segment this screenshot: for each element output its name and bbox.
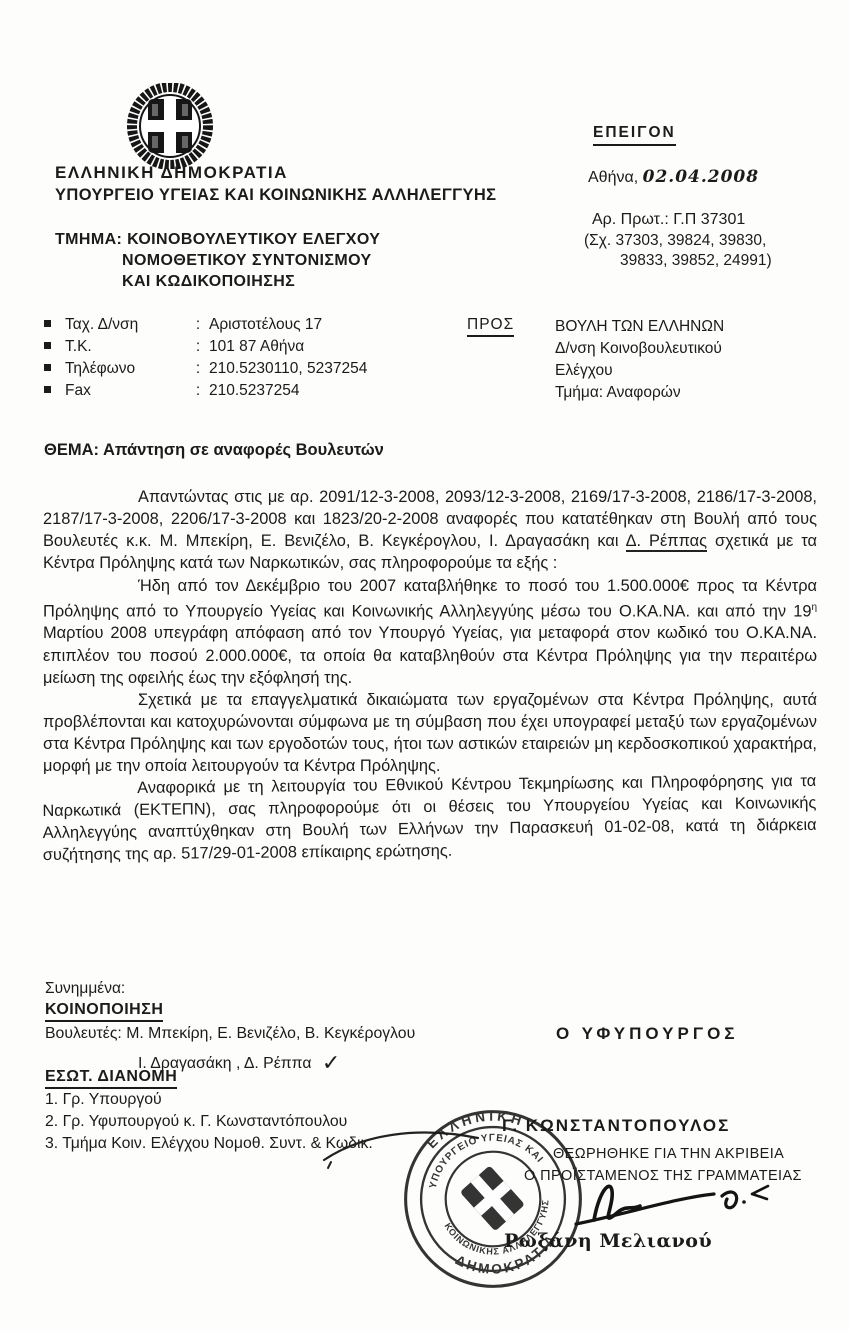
department-line-1: ΤΜΗΜΑ: ΚΟΙΝΟΒΟΥΛΕΥΤΙΚΟΥ ΕΛΕΓΧΟΥ bbox=[55, 231, 380, 249]
contact-row-fax: Fax : 210.5237254 bbox=[44, 380, 367, 402]
contact-colon: : bbox=[187, 380, 209, 402]
city-date-line: Αθήνα, 02.04.2008 bbox=[588, 167, 759, 187]
contact-label: Τ.Κ. bbox=[65, 336, 187, 358]
contact-value: 210.5230110, 5237254 bbox=[209, 358, 367, 380]
signatory-title: Ο ΥΦΥΠΟΥΡΓΟΣ bbox=[556, 1024, 739, 1044]
protocol-refs-line-1: (Σχ. 37303, 39824, 39830, bbox=[584, 232, 766, 250]
certification-line-1: ΘΕΩΡΗΘΗΚΕ ΓΙΑ ΤΗΝ ΑΚΡΙΒΕΙΑ bbox=[553, 1146, 784, 1162]
contact-colon: : bbox=[187, 314, 209, 336]
paragraph-1: Απαντώντας στις με αρ. 2091/12-3-2008, 2… bbox=[43, 486, 817, 575]
contact-label: Fax bbox=[65, 380, 187, 402]
contact-colon: : bbox=[187, 358, 209, 380]
contact-value: 210.5237254 bbox=[209, 380, 300, 402]
distribution-item-1: 1. Γρ. Υπουργού bbox=[45, 1089, 373, 1111]
distribution-heading: ΕΣΩΤ. ΔΙΑΝΟΜΗ bbox=[45, 1068, 177, 1089]
handwritten-signature bbox=[556, 1168, 806, 1243]
stamp-coat-of-arms-icon bbox=[460, 1165, 525, 1231]
contact-row-phone: Τηλέφωνο : 210.5230110, 5237254 bbox=[44, 358, 367, 380]
scanned-document-page: ΕΛΛΗΝΙΚΗ ΔΗΜΟΚΡΑΤΙΑ ΥΠΟΥΡΓΕΙΟ ΥΓΕΙΑΣ ΚΑΙ… bbox=[0, 0, 850, 1331]
to-label: ΠΡΟΣ bbox=[467, 316, 514, 337]
contact-row-postcode: Τ.Κ. : 101 87 Αθήνα bbox=[44, 336, 367, 358]
recipient-line-1: ΒΟΥΛΗ ΤΩΝ ΕΛΛΗΝΩΝ bbox=[555, 316, 724, 338]
republic-title: ΕΛΛΗΝΙΚΗ ΔΗΜΟΚΡΑΤΙΑ bbox=[55, 163, 288, 183]
attachments-label: Συνημμένα: bbox=[45, 980, 125, 998]
ministry-title: ΥΠΟΥΡΓΕΙΟ ΥΓΕΙΑΣ ΚΑΙ ΚΟΙΝΩΝΙΚΗΣ ΑΛΛΗΛΕΓΓ… bbox=[55, 186, 497, 205]
handwritten-date: 02.04.2008 bbox=[643, 167, 759, 187]
paragraph-3: Σχετικά με τα επαγγελματικά δικαιώματα τ… bbox=[43, 689, 817, 778]
paragraph-2-text: Ήδη από τον Δεκέμβριο του 2007 καταβλήθη… bbox=[43, 577, 817, 621]
greek-coat-of-arms-icon bbox=[116, 83, 224, 169]
paragraph-2-text-cont: Μαρτίου 2008 υπεγράφη απόφαση από τον Υπ… bbox=[43, 624, 817, 686]
contact-value: Αριστοτέλους 17 bbox=[209, 314, 322, 336]
cc-heading: ΚΟΙΝΟΠΟΙΗΣΗ bbox=[45, 1001, 163, 1022]
ordinal-superscript: η bbox=[811, 602, 817, 613]
contact-colon: : bbox=[187, 336, 209, 358]
paragraph-4: Αναφορικά με τη λειτουργία του Εθνικού Κ… bbox=[42, 769, 817, 866]
department-line-2: ΝΟΜΟΘΕΤΙΚΟΥ ΣΥΝΤΟΝΙΣΜΟΥ bbox=[122, 252, 372, 270]
letter-body: Απαντώντας στις με αρ. 2091/12-3-2008, 2… bbox=[43, 486, 817, 866]
cc-line-1: Βουλευτές: Μ. Μπεκίρη, Ε. Βενιζέλο, Β. Κ… bbox=[45, 1025, 415, 1043]
contact-row-address: Ταχ. Δ/νση : Αριστοτέλους 17 bbox=[44, 314, 367, 336]
underlined-name: Δ. Ρέππας bbox=[626, 532, 707, 552]
recipient-line-3: Ελέγχου bbox=[555, 360, 724, 382]
handwritten-checkmark: ✓ bbox=[322, 1050, 340, 1075]
recipient-line-4: Τμήμα: Αναφορών bbox=[555, 382, 724, 404]
recipient-line-2: Δ/νση Κοινοβουλευτικού bbox=[555, 338, 724, 360]
paragraph-2: Ήδη από τον Δεκέμβριο του 2007 καταβλήθη… bbox=[43, 575, 817, 689]
city-label: Αθήνα, bbox=[588, 169, 638, 186]
department-line-3: ΚΑΙ ΚΩΔΙΚΟΠΟΙΗΣΗΣ bbox=[122, 273, 295, 291]
contact-value: 101 87 Αθήνα bbox=[209, 336, 304, 358]
subject-line: ΘΕΜΑ: Απάντηση σε αναφορές Βουλευτών bbox=[44, 441, 384, 460]
protocol-refs-line-2: 39833, 39852, 24991) bbox=[620, 252, 772, 270]
contact-label: Τηλέφωνο bbox=[65, 358, 187, 380]
protocol-number: Αρ. Πρωτ.: Γ.Π 37301 bbox=[592, 211, 745, 229]
square-bullet-icon bbox=[44, 320, 51, 327]
signatory-name: Γ. ΚΩΝΣΤΑΝΤΟΠΟΥΛΟΣ bbox=[502, 1116, 730, 1136]
square-bullet-icon bbox=[44, 364, 51, 371]
urgency-label: ΕΠΕΙΓΟΝ bbox=[593, 124, 676, 146]
recipient-block: ΒΟΥΛΗ ΤΩΝ ΕΛΛΗΝΩΝ Δ/νση Κοινοβουλευτικού… bbox=[555, 316, 724, 404]
contact-block: Ταχ. Δ/νση : Αριστοτέλους 17 Τ.Κ. : 101 … bbox=[44, 314, 367, 402]
contact-label: Ταχ. Δ/νση bbox=[65, 314, 187, 336]
square-bullet-icon bbox=[44, 342, 51, 349]
square-bullet-icon bbox=[44, 386, 51, 393]
